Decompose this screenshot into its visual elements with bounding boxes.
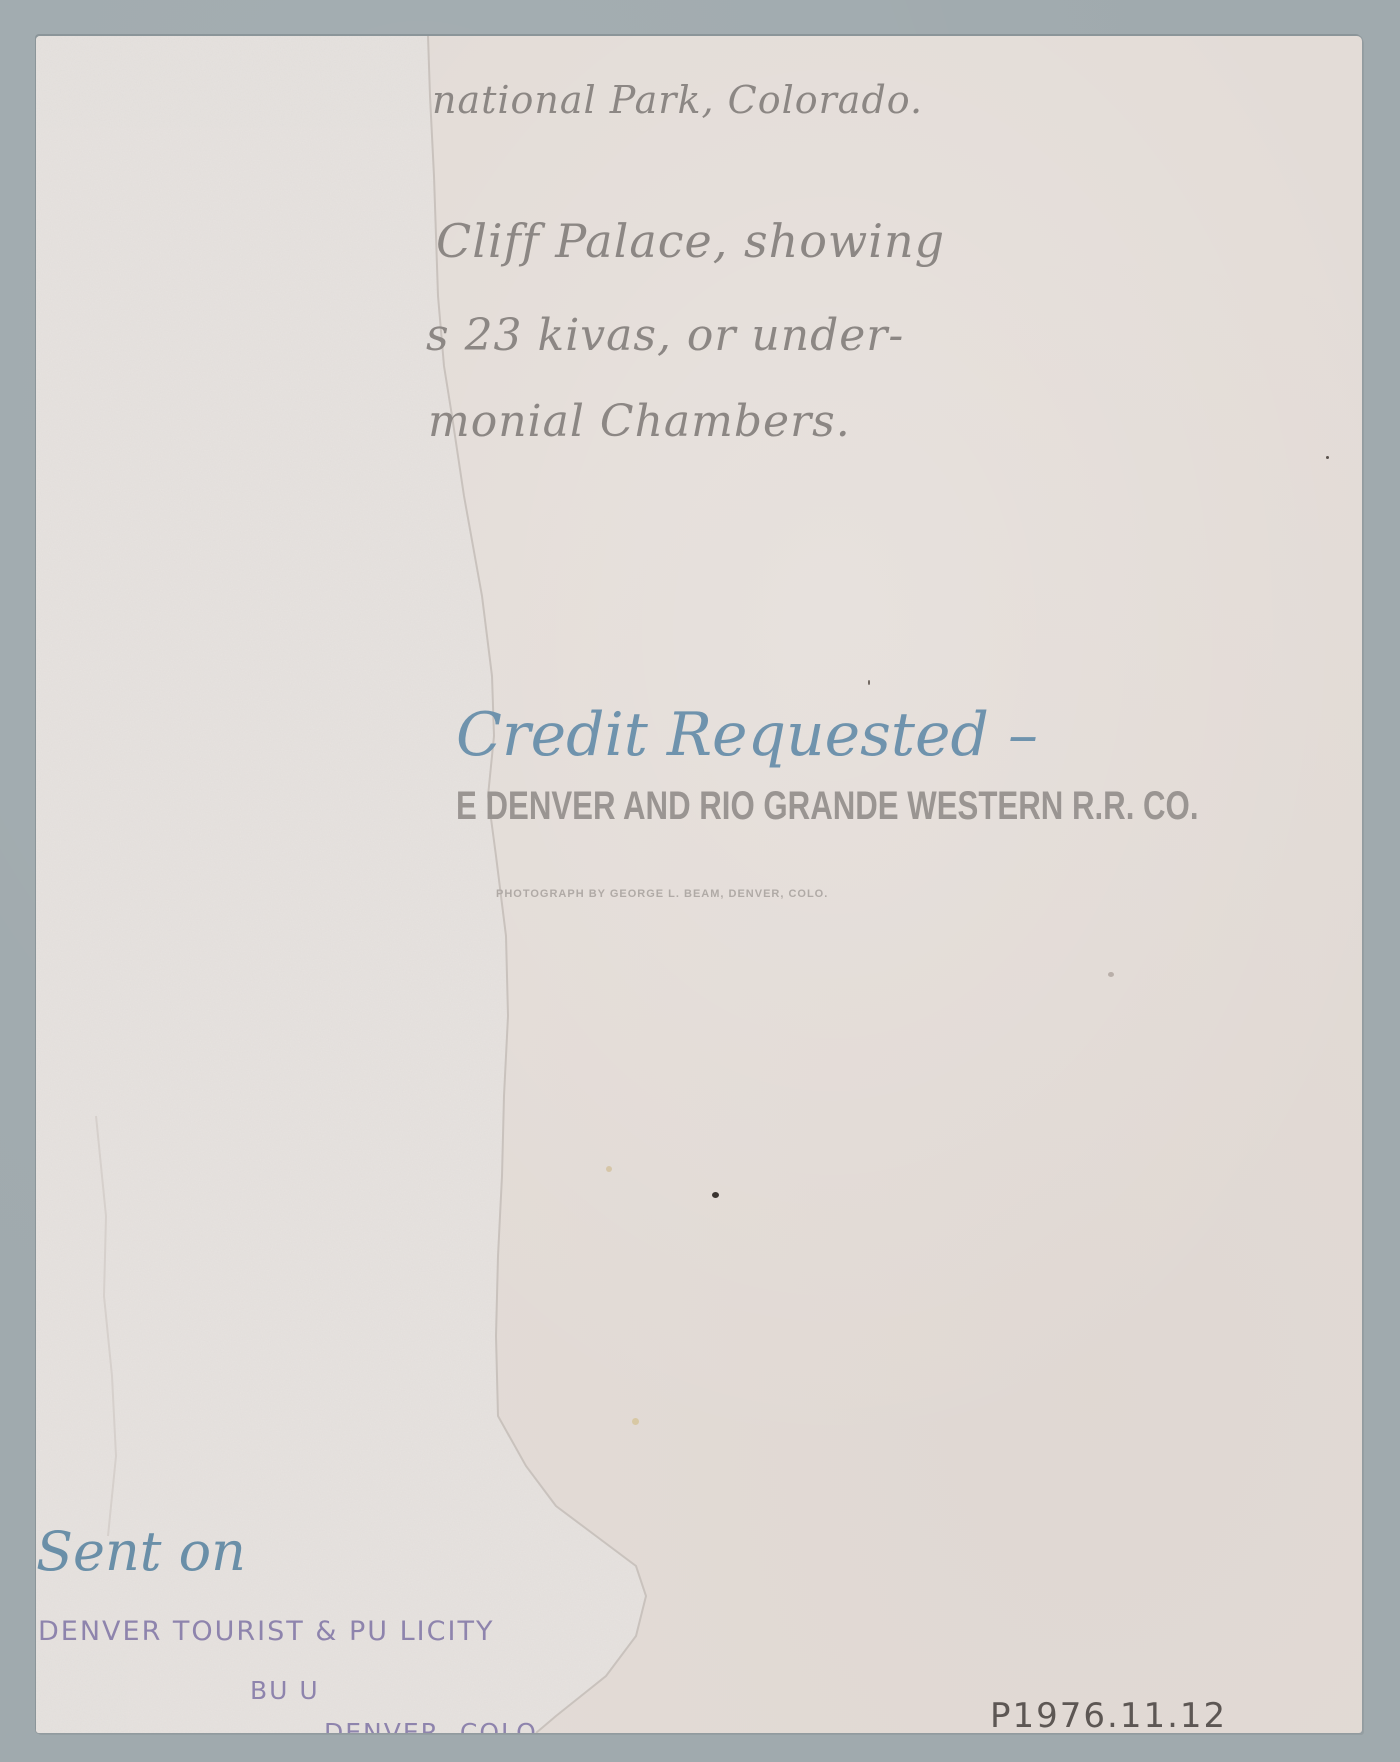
railroad-stamp: E DENVER AND RIO GRANDE WESTERN R.R. CO. — [456, 784, 1198, 829]
stain-speck — [606, 1166, 612, 1172]
torn-edge-shape — [36, 36, 1362, 1733]
sent-on-note: Sent on — [36, 1520, 246, 1583]
dust-speck — [868, 680, 870, 685]
photographer-credit: PHOTOGRAPH BY GEORGE L. BEAM, DENVER, CO… — [496, 888, 828, 900]
photo-card-verso: national Park, Colorado. Cliff Palace, s… — [36, 36, 1362, 1733]
dust-speck — [1108, 972, 1114, 977]
caption-line-3: s 23 kivas, or under- — [426, 310, 904, 361]
bureau-stamp-line-3: DENVER, COLO — [324, 1718, 538, 1733]
caption-line-4: monial Chambers. — [428, 396, 851, 447]
accession-number: P1976.11.12 — [990, 1696, 1227, 1733]
bureau-stamp-line-1: DENVER TOURIST & PU LICITY — [38, 1616, 494, 1647]
credit-requested-note: Credit Requested – — [456, 700, 1038, 770]
torn-paper-residue — [36, 36, 1362, 1733]
caption-line-1: national Park, Colorado. — [432, 78, 923, 122]
ink-speck — [712, 1192, 719, 1198]
bureau-stamp-line-2: BU U — [250, 1676, 320, 1705]
caption-line-2: Cliff Palace, showing — [436, 214, 945, 268]
stain-speck — [632, 1418, 639, 1425]
dust-speck — [1326, 456, 1329, 459]
